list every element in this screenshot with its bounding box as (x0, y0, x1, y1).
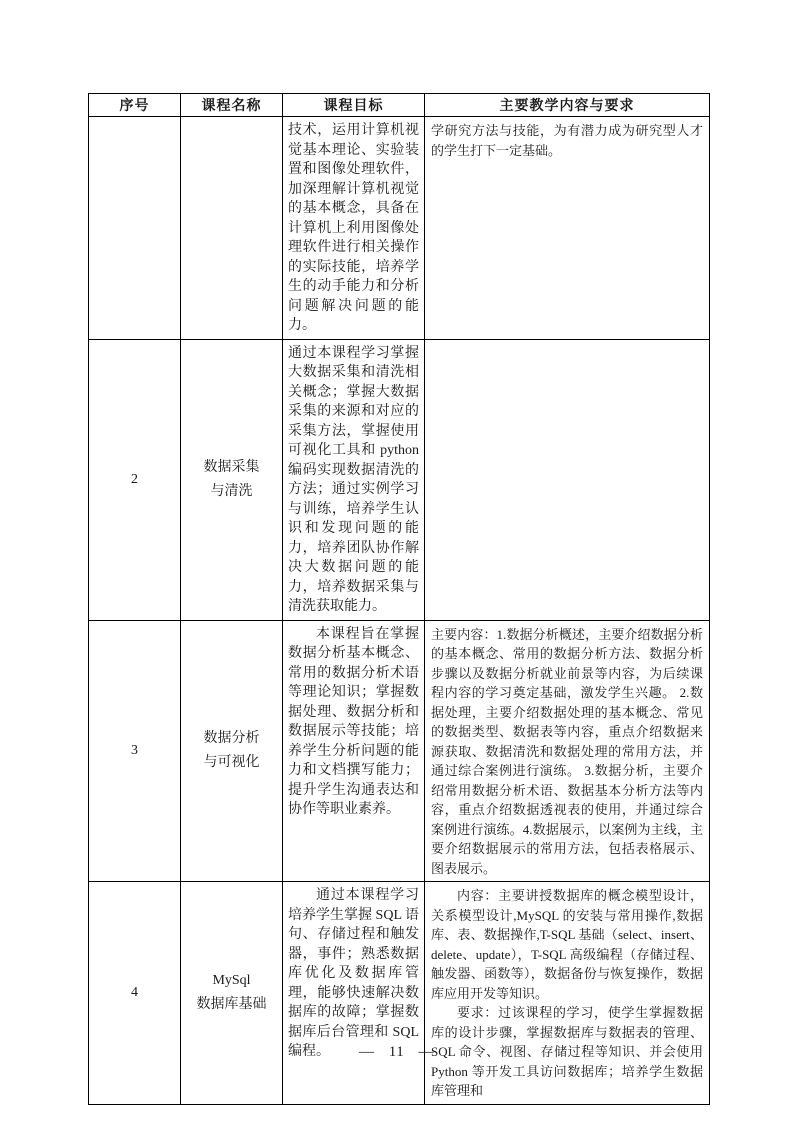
objective-text: 通过本课程学习培养学生掌握 SQL 语句、存储过程和触发器，事件；熟悉数据库优化… (288, 886, 419, 1062)
cell-course-name (181, 117, 283, 340)
cell-content: 主要内容：1.数据分析概述，主要介绍数据分析的基本概念、常用的数据分析方法、数据… (425, 620, 710, 882)
objective-text: 本课程旨在掌握数据分析基本概念、常用的数据分析术语等理论知识；掌握数据处理、数据… (288, 625, 419, 820)
header-seq: 序号 (89, 94, 181, 117)
cell-content (425, 339, 710, 620)
content-paragraph: 学研究方法与技能，为有潜力成为研究型人才的学生打下一定基础。 (431, 121, 703, 160)
cell-content: 学研究方法与技能，为有潜力成为研究型人才的学生打下一定基础。 (425, 117, 710, 340)
cell-objective: 本课程旨在掌握数据分析基本概念、常用的数据分析术语等理论知识；掌握数据处理、数据… (283, 620, 425, 882)
cell-course-name: MySql 数据库基础 (181, 882, 283, 1105)
cell-objective: 通过本课程学习掌握大数据采集和清洗相关概念；掌握大数据采集的来源和对应的采集方法… (283, 339, 425, 620)
table-row-course-3: 3 数据分析 与可视化 本课程旨在掌握数据分析基本概念、常用的数据分析术语等理论… (89, 620, 710, 882)
cell-objective: 技术，运用计算机视觉基本理论、实验装置和图像处理软件，加深理解计算机视觉的基本概… (283, 117, 425, 340)
table-row-continuation: 技术，运用计算机视觉基本理论、实验装置和图像处理软件，加深理解计算机视觉的基本概… (89, 117, 710, 340)
table-row-course-2: 2 数据采集 与清洗 通过本课程学习掌握大数据采集和清洗相关概念；掌握大数据采集… (89, 339, 710, 620)
cell-course-name: 数据采集 与清洗 (181, 339, 283, 620)
cell-seq (89, 117, 181, 340)
objective-text: 技术，运用计算机视觉基本理论、实验装置和图像处理软件，加深理解计算机视觉的基本概… (288, 121, 419, 336)
header-content: 主要教学内容与要求 (425, 94, 710, 117)
cell-seq: 4 (89, 882, 181, 1105)
table-header-row: 序号 课程名称 课程目标 主要教学内容与要求 (89, 94, 710, 117)
cell-course-name: 数据分析 与可视化 (181, 620, 283, 882)
cell-seq: 2 (89, 339, 181, 620)
header-objective: 课程目标 (283, 94, 425, 117)
page-number: — 11 — (0, 1044, 793, 1061)
objective-text: 通过本课程学习掌握大数据采集和清洗相关概念；掌握大数据采集的来源和对应的采集方法… (288, 344, 419, 617)
header-course-name: 课程名称 (181, 94, 283, 117)
content-paragraph: 内容：主要讲授数据库的概念模型设计，关系模型设计,MySQL 的安装与常用操作,… (431, 886, 703, 1003)
cell-objective: 通过本课程学习培养学生掌握 SQL 语句、存储过程和触发器，事件；熟悉数据库优化… (283, 882, 425, 1105)
cell-content: 内容：主要讲授数据库的概念模型设计，关系模型设计,MySQL 的安装与常用操作,… (425, 882, 710, 1105)
table-row-course-4: 4 MySql 数据库基础 通过本课程学习培养学生掌握 SQL 语句、存储过程和… (89, 882, 710, 1105)
course-table: 序号 课程名称 课程目标 主要教学内容与要求 技术，运用计算机视觉基本理论、实验… (88, 93, 710, 1105)
document-page: 序号 课程名称 课程目标 主要教学内容与要求 技术，运用计算机视觉基本理论、实验… (0, 0, 793, 1122)
cell-seq: 3 (89, 620, 181, 882)
content-paragraph: 主要内容：1.数据分析概述，主要介绍数据分析的基本概念、常用的数据分析方法、数据… (431, 625, 703, 879)
